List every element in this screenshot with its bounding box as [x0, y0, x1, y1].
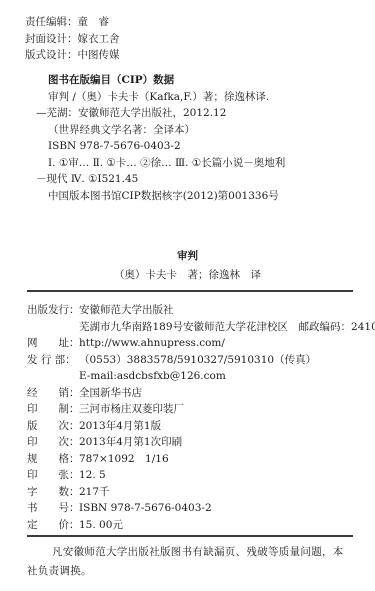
- info-label: 印 张：: [27, 467, 79, 484]
- book-title: 审判: [0, 251, 375, 262]
- divider-bottom: [27, 535, 353, 537]
- info-row: 印 张：12. 5: [27, 467, 375, 484]
- cip-line: 审判 /（奥）卡夫卡（Kafka,F.）著；徐逸林译.: [48, 89, 285, 106]
- credit-editor: 责任编辑：童 睿: [25, 14, 120, 31]
- info-row: 网 址：http://www.ahnupress.com/: [27, 335, 375, 352]
- info-label: 定 价：: [27, 517, 79, 534]
- cip-line: 中国版本图书馆CIP数据核字(2012)第001336号: [48, 188, 285, 205]
- credits-block: 责任编辑：童 睿 封面设计：嫁衣工舍 版式设计：中图传媒: [25, 14, 120, 64]
- cip-line: －现代 Ⅳ. ①I521.45: [36, 171, 285, 188]
- info-value: 15. 00元: [79, 517, 123, 534]
- cip-line: ISBN 978-7-5676-0403-2: [48, 138, 285, 155]
- credit-label: 责任编辑：: [25, 16, 78, 28]
- info-row: 定 价：15. 00元: [27, 517, 375, 534]
- info-row: 出版发行：安徽师范大学出版社: [27, 302, 375, 319]
- info-label: [27, 368, 79, 385]
- credit-value: 童 睿: [78, 16, 110, 28]
- info-row: 经 销：全国新华书店: [27, 385, 375, 402]
- info-value: （0553）3883578/5910327/5910310（传真）: [79, 352, 316, 369]
- quality-notice: 凡安徽师范大学出版社版图书有缺漏页、残破等质量问题，本社负责调换。: [27, 543, 353, 581]
- info-label: 印 次：: [27, 434, 79, 451]
- info-label: 经 销：: [27, 385, 79, 402]
- credit-value: 中图传媒: [78, 49, 120, 61]
- info-value: 三河市杨庄双菱印装厂: [79, 401, 184, 418]
- credit-label: 版式设计：: [25, 49, 78, 61]
- info-row: 芜湖市九华南路189号安徽师范大学花津校区 邮政编码：241002: [27, 319, 375, 336]
- info-value: 2013年4月第1版: [79, 418, 161, 435]
- info-row: 发 行 部：（0553）3883578/5910327/5910310（传真）: [27, 352, 375, 369]
- info-row: 印 次：2013年4月第1次印刷: [27, 434, 375, 451]
- info-label: 网 址：: [27, 335, 79, 352]
- info-row: 书 号：ISBN 978-7-5676-0403-2: [27, 500, 375, 517]
- info-value: 安徽师范大学出版社: [79, 302, 174, 319]
- publication-info: 出版发行：安徽师范大学出版社 芜湖市九华南路189号安徽师范大学花津校区 邮政编…: [27, 302, 375, 533]
- info-value: 787×1092 1/16: [79, 451, 169, 468]
- info-value: 芜湖市九华南路189号安徽师范大学花津校区 邮政编码：241002: [79, 319, 375, 336]
- info-value: 12. 5: [79, 467, 106, 484]
- info-label: 书 号：: [27, 500, 79, 517]
- info-value-email[interactable]: E-mail:asdcbsfxb@126.com: [79, 368, 226, 385]
- info-row: E-mail:asdcbsfxb@126.com: [27, 368, 375, 385]
- info-value: 全国新华书店: [79, 385, 142, 402]
- book-author-line: （奥）卡夫卡 著；徐逸林 译: [0, 270, 375, 281]
- info-row: 印 制：三河市杨庄双菱印装厂: [27, 401, 375, 418]
- info-label: [27, 319, 79, 336]
- divider-top: [27, 290, 353, 292]
- credit-label: 封面设计：: [25, 33, 78, 45]
- info-value-url[interactable]: http://www.ahnupress.com/: [79, 335, 225, 352]
- info-label: 字 数：: [27, 484, 79, 501]
- info-row: 版 次：2013年4月第1版: [27, 418, 375, 435]
- credit-layout-design: 版式设计：中图传媒: [25, 47, 120, 64]
- credit-cover-design: 封面设计：嫁衣工舍: [25, 31, 120, 48]
- cip-block: 图书在版编目（CIP）数据 审判 /（奥）卡夫卡（Kafka,F.）著；徐逸林译…: [48, 72, 285, 204]
- cip-title: 图书在版编目（CIP）数据: [48, 72, 285, 89]
- info-row: 规 格：787×1092 1/16: [27, 451, 375, 468]
- info-label: 印 制：: [27, 401, 79, 418]
- cip-line: （世界经典文学名著：全译本）: [48, 122, 285, 139]
- info-label: 出版发行：: [27, 302, 79, 319]
- cip-line: Ⅰ. ①审… Ⅱ. ①卡… ②徐… Ⅲ. ①长篇小说－奥地利: [48, 155, 285, 172]
- info-label: 版 次：: [27, 418, 79, 435]
- info-value: 2013年4月第1次印刷: [79, 434, 182, 451]
- info-row: 字 数：217千: [27, 484, 375, 501]
- credit-value: 嫁衣工舍: [78, 33, 120, 45]
- info-label: 规 格：: [27, 451, 79, 468]
- cip-line: —芜湖：安徽师范大学出版社，2012.12: [36, 105, 285, 122]
- info-label: 发 行 部：: [27, 352, 79, 369]
- info-value: 217千: [79, 484, 110, 501]
- info-value: ISBN 978-7-5676-0403-2: [79, 500, 212, 517]
